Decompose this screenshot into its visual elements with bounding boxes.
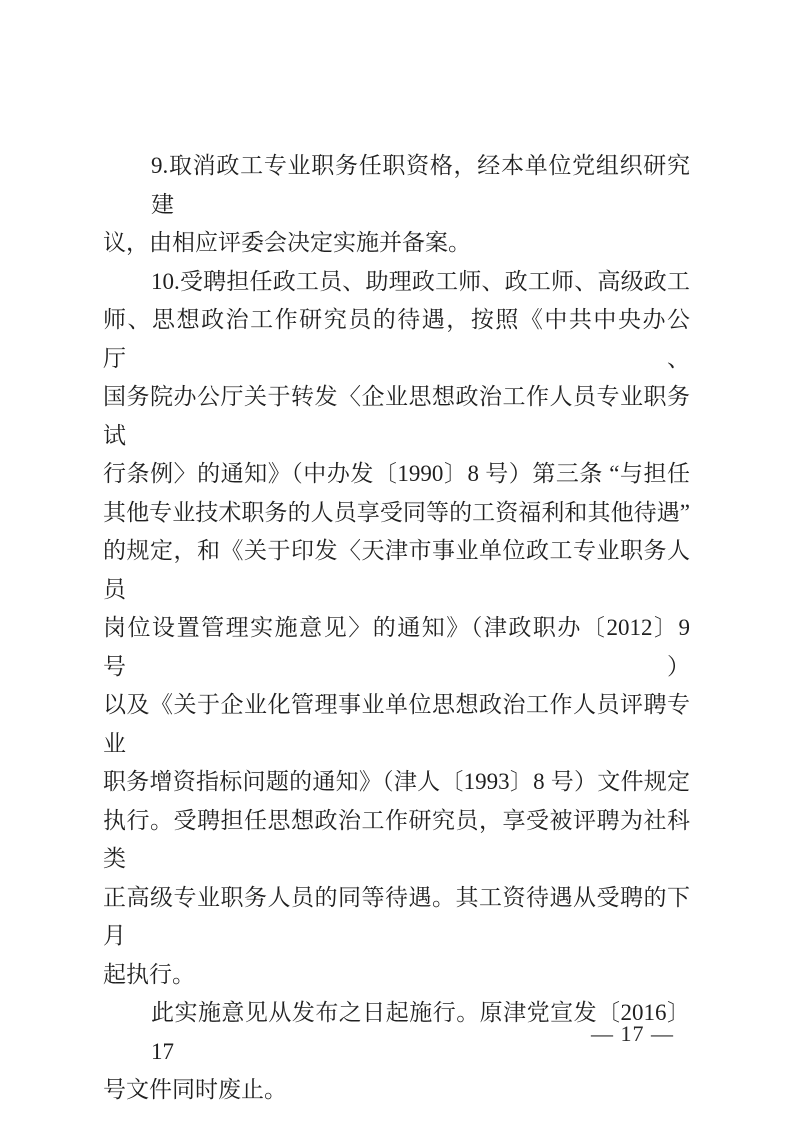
document-body: 9.取消政工专业职务任职资格，经本单位党组织研究建议，由相应评委会决定实施并备案… <box>103 147 690 1110</box>
text-line: 号文件同时废止。 <box>103 1071 690 1110</box>
text-line: 其他专业技术职务的人员享受同等的工资福利和其他待遇” <box>103 494 690 533</box>
text-line: 议，由相应评委会决定实施并备案。 <box>103 224 690 263</box>
text-line: 的规定，和《关于印发〈天津市事业单位政工专业职务人员 <box>103 532 690 609</box>
text-line: 正高级专业职务人员的同等待遇。其工资待遇从受聘的下月 <box>103 879 690 956</box>
text-line: 行条例〉的通知》（中办发〔1990〕8 号）第三条 “与担任 <box>103 455 690 494</box>
paragraph: 9.取消政工专业职务任职资格，经本单位党组织研究建议，由相应评委会决定实施并备案… <box>103 147 690 263</box>
page-number: — 17 — <box>560 1022 705 1046</box>
text-line: 10.受聘担任政工员、助理政工师、政工师、高级政工 <box>103 263 690 302</box>
text-line: 职务增资指标问题的通知》（津人〔1993〕8 号）文件规定 <box>103 763 690 802</box>
text-line: 师、思想政治工作研究员的待遇，按照《中共中央办公厅、 <box>103 301 690 378</box>
paragraph: 此实施意见从发布之日起施行。原津党宣发〔2016〕17号文件同时废止。 <box>103 994 690 1110</box>
document-page: 9.取消政工专业职务任职资格，经本单位党组织研究建议，由相应评委会决定实施并备案… <box>0 0 793 1122</box>
text-line: 国务院办公厅关于转发〈企业思想政治工作人员专业职务试 <box>103 378 690 455</box>
text-line: 9.取消政工专业职务任职资格，经本单位党组织研究建 <box>103 147 690 224</box>
paragraph: 10.受聘担任政工员、助理政工师、政工师、高级政工师、思想政治工作研究员的待遇，… <box>103 263 690 995</box>
text-line: 以及《关于企业化管理事业单位思想政治工作人员评聘专业 <box>103 686 690 763</box>
text-line: 执行。受聘担任思想政治工作研究员，享受被评聘为社科类 <box>103 802 690 879</box>
text-line: 起执行。 <box>103 956 690 995</box>
text-line: 岗位设置管理实施意见〉的通知》（津政职办〔2012〕9 号） <box>103 609 690 686</box>
